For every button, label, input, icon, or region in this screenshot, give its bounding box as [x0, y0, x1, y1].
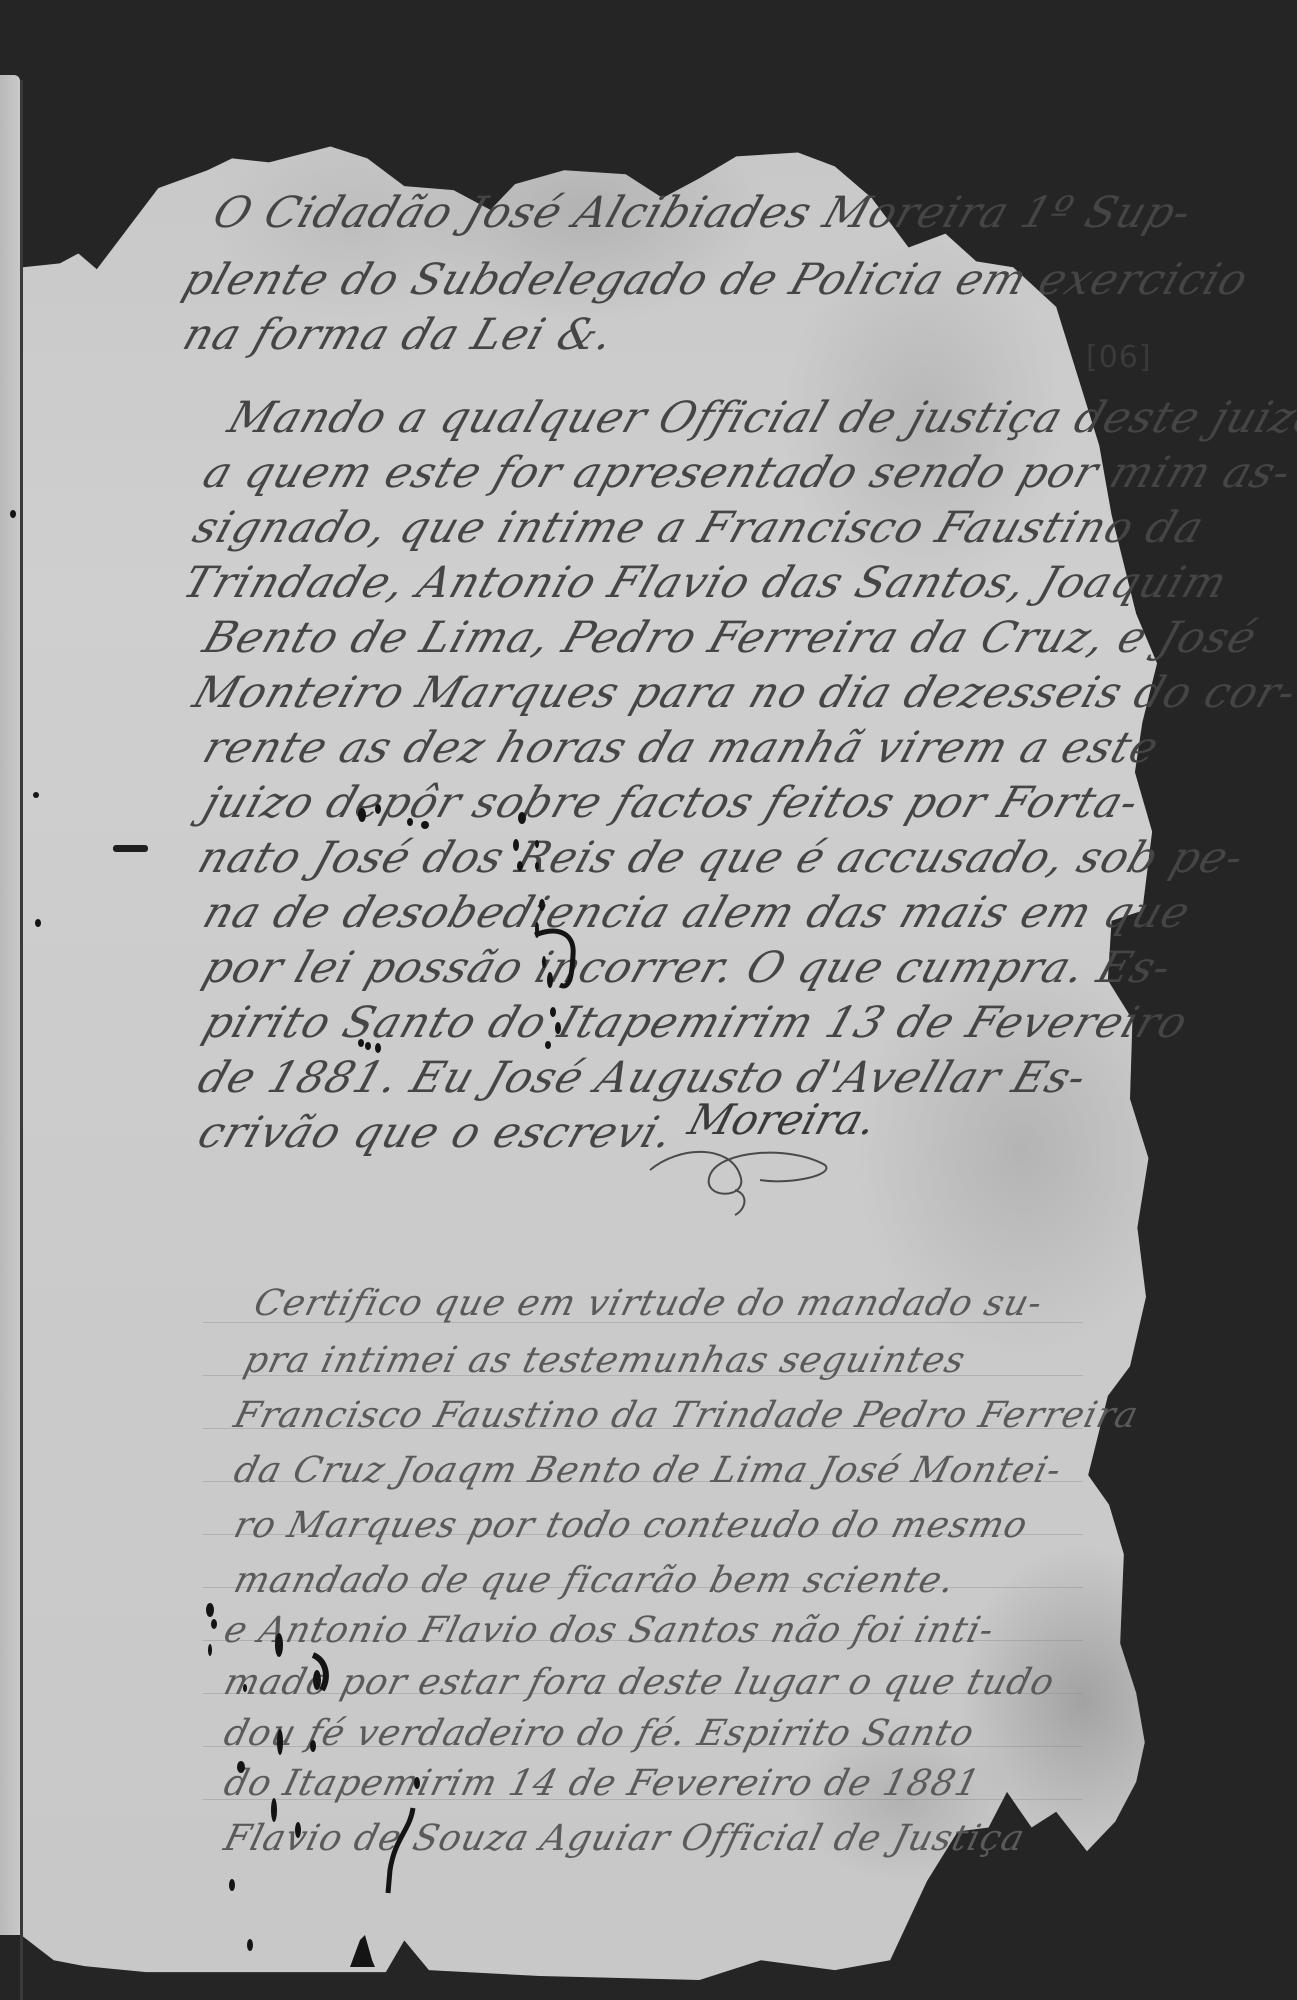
- ink-blots: [0, 0, 1297, 2000]
